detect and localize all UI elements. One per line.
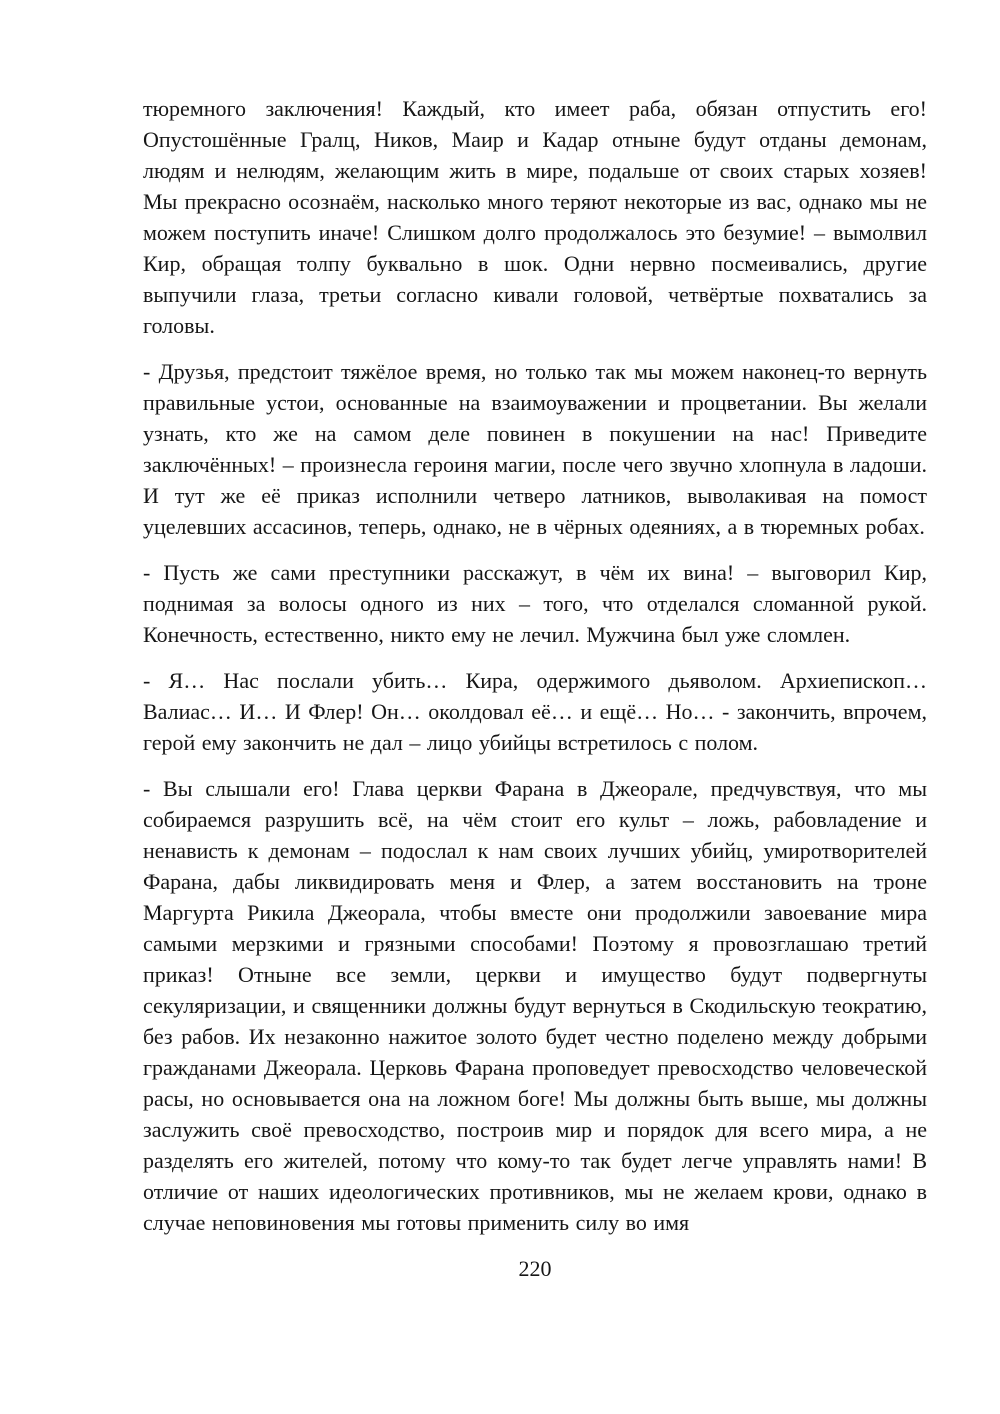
page-number: 220: [143, 1253, 927, 1284]
paragraph: - Я… Нас послали убить… Кира, одержимого…: [143, 665, 927, 758]
paragraph: - Друзья, предстоит тяжёлое время, но то…: [143, 356, 927, 542]
book-page: тюремного заключения! Каждый, кто имеет …: [0, 0, 1000, 1414]
page-text: тюремного заключения! Каждый, кто имеет …: [143, 93, 927, 1238]
paragraph: тюремного заключения! Каждый, кто имеет …: [143, 93, 927, 341]
paragraph: - Вы слышали его! Глава церкви Фарана в …: [143, 773, 927, 1238]
paragraph: - Пусть же сами преступники расскажут, в…: [143, 557, 927, 650]
